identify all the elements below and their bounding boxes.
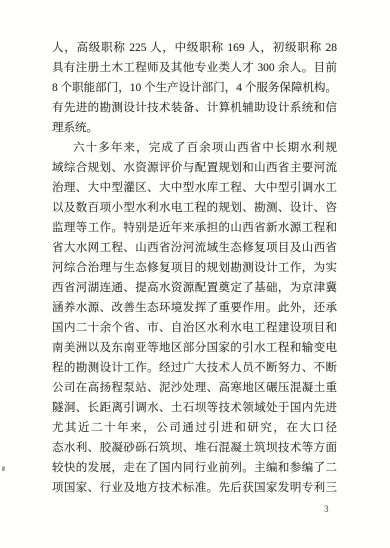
text-line: 隧洞、长距离引调水、土石坝等技术领域处于国内先进水平。 xyxy=(52,398,337,418)
text-line: 南美洲以及东南亚等地区部分国家的引水工程和输变电工 xyxy=(52,338,337,358)
text-line: 河综合治理与生态修复项目的规划勘测设计工作，为实现山 xyxy=(52,258,337,278)
text-line: 涵养水源、改善生态环境发挥了重要作用。此外，还承担了 xyxy=(52,298,337,318)
text-line: 态水利、胶凝砂砾石筑坝、堆石混凝土筑坝技术等方面有了 xyxy=(52,438,337,458)
text-line: 公司在高扬程泵站、泥沙处理、高寒地区碾压混凝土重力坝、 xyxy=(52,378,337,398)
text-line: 项国家、行业及地方技术标准。先后获国家发明专利三项， xyxy=(52,478,337,498)
text-line: 程的勘测设计工作。经过广大技术人员不断努力、不断创新， xyxy=(52,358,337,378)
text-line: 人，高级职称 225 人，中级职称 169 人，初级职称 28 人。 xyxy=(52,38,337,58)
text-line: 监理等工作。特别是近年来承担的山西省新水源工程和山西 xyxy=(52,218,337,238)
paragraph: 人，高级职称 225 人，中级职称 169 人，初级职称 28 人。 具有注册土… xyxy=(52,38,337,138)
text-line: 域综合规划、水资源评价与配置规划和山西省主要河流综合 xyxy=(52,158,337,178)
document-page: 人，高级职称 225 人，中级职称 169 人，初级职称 28 人。 具有注册土… xyxy=(0,0,390,548)
text-line: 有先进的勘测设计技术装备、计算机辅助设计系统和信息管 xyxy=(52,98,337,118)
text-line: 省大水网工程、山西省汾河流域生态修复项目及山西省永定 xyxy=(52,238,337,258)
text-line: 较快的发展，走在了国内同行业前列。主编和参编了二十余 xyxy=(52,458,337,478)
text-line: 国内二十余个省、市、自治区水利水电工程建设项目和非洲、 xyxy=(52,318,337,338)
text-line: 以及数百项小型水利水电工程的规划、勘测、设计、咨询、 xyxy=(52,198,337,218)
text-line: 尤其近二十年来，公司通过引进和研究，在大口径 PCCP、生 xyxy=(52,418,337,438)
paragraph: 六十多年来，完成了百余项山西省中长期水利规划、流 域综合规划、水资源评价与配置规… xyxy=(52,138,337,498)
text-line: 具有注册土木工程师及其他专业类人才 300 余人。目前下设 xyxy=(52,58,337,78)
body-text: 人，高级职称 225 人，中级职称 169 人，初级职称 28 人。 具有注册土… xyxy=(52,38,337,498)
text-line: 六十多年来，完成了百余项山西省中长期水利规划、流 xyxy=(52,138,337,158)
page-number: 3 xyxy=(324,503,329,515)
text-line: 8 个职能部门，10 个生产设计部门，4 个服务保障机构。拥 xyxy=(52,78,337,98)
text-line: 西省河湖连通、提高水资源配置奠定了基础，为京津冀地区 xyxy=(52,278,337,298)
text-line: 治理、大中型灌区、大中型水库工程、大中型引调水工程， xyxy=(52,178,337,198)
scan-artifact xyxy=(2,466,5,471)
text-line: 理系统。 xyxy=(52,118,337,138)
